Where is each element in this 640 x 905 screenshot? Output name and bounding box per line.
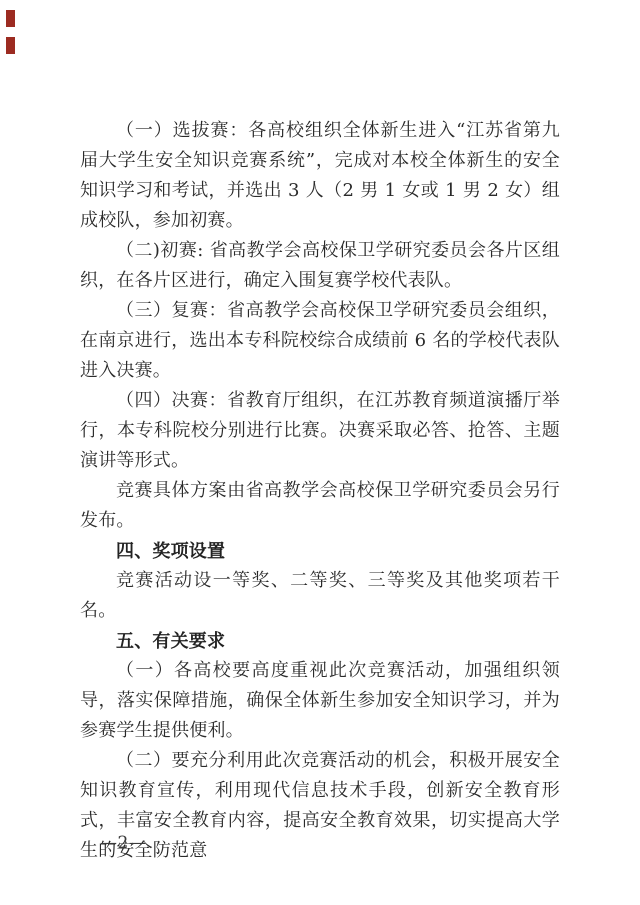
paragraph-plan-release: 竞赛具体方案由省高教学会高校保卫学研究委员会另行发布。 [80,476,560,536]
heading-requirements: 五、有关要求 [80,626,560,656]
paragraph-award-detail: 竞赛活动设一等奖、二等奖、三等奖及其他奖项若干名。 [80,566,560,626]
paragraph-preliminary-round: （二)初赛: 省高教学会高校保卫学研究委员会各片区组织，在各片区进行，确定入围复… [80,236,560,296]
heading-award-setup: 四、奖项设置 [80,536,560,566]
page-number: —2— [100,831,146,855]
document-page: （一）选拔赛：各高校组织全体新生进入“江苏省第九届大学生安全知识竞赛系统”，完成… [0,0,640,905]
paragraph-requirement-1: （一）各高校要高度重视此次竞赛活动，加强组织领导，落实保障措施，确保全体新生参加… [80,656,560,746]
red-stamp-mark-top [6,10,15,27]
paragraph-requirement-2: （二）要充分利用此次竞赛活动的机会，积极开展安全知识教育宣传，利用现代信息技术手… [80,746,560,866]
paragraph-semifinal-round: （三）复赛：省高教学会高校保卫学研究委员会组织，在南京进行，选出本专科院校综合成… [80,296,560,386]
paragraph-final-round: （四）决赛：省教育厅组织，在江苏教育频道演播厅举行，本专科院校分别进行比赛。决赛… [80,386,560,476]
red-stamp-mark-bottom [6,37,15,54]
document-body: （一）选拔赛：各高校组织全体新生进入“江苏省第九届大学生安全知识竞赛系统”，完成… [80,116,560,866]
paragraph-selection-round: （一）选拔赛：各高校组织全体新生进入“江苏省第九届大学生安全知识竞赛系统”，完成… [80,116,560,236]
